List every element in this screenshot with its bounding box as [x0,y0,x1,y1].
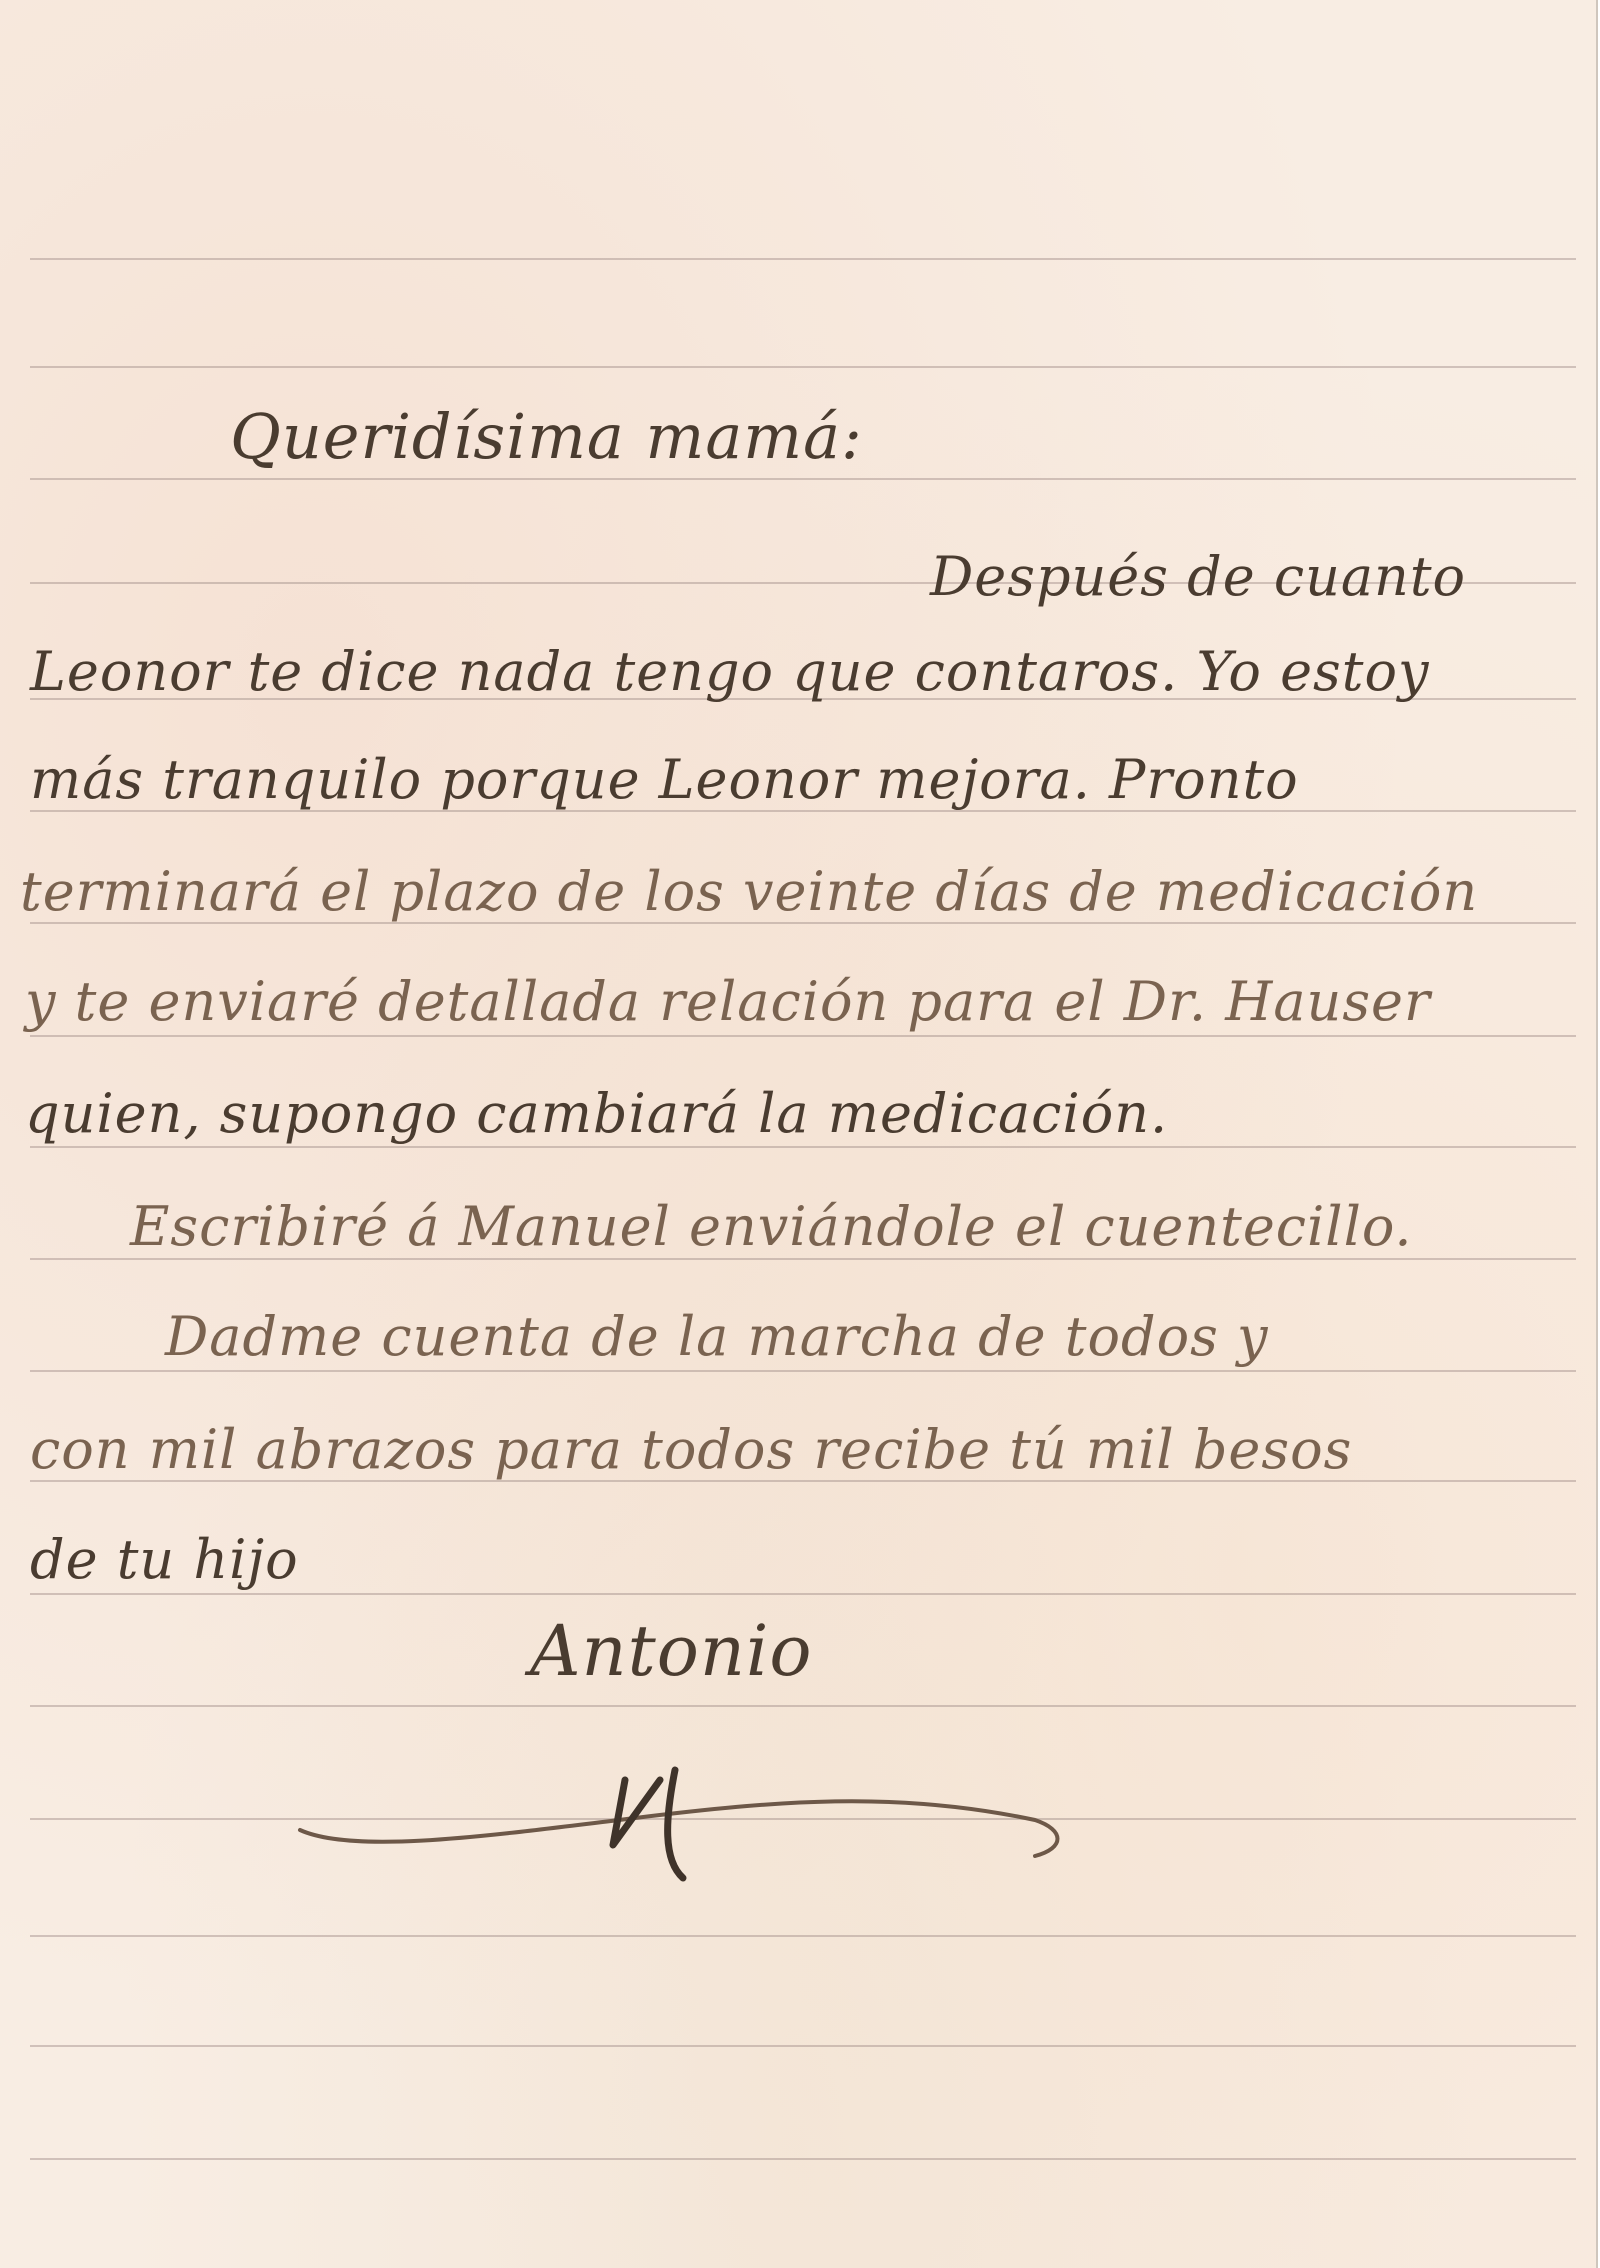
ruled-line [30,258,1576,260]
ruled-line [30,1935,1576,1937]
body-line: Escribiré á Manuel enviándole el cuentec… [130,1195,1413,1258]
body-line: Dadme cuenta de la marcha de todos y [165,1305,1268,1368]
body-line: Después de cuanto [930,545,1466,608]
ruled-line [30,1146,1576,1148]
signature-name: Antonio [530,1610,813,1692]
ruled-line [30,1705,1576,1707]
ruled-line [30,2158,1576,2160]
ruled-line [30,478,1576,480]
body-line: de tu hijo [30,1528,299,1591]
ruled-line [30,1593,1576,1595]
body-line: quien, supongo cambiará la medicación. [25,1082,1168,1145]
body-line: Leonor te dice nada tengo que contaros. … [30,640,1429,703]
body-line: y te enviaré detallada relación para el … [25,970,1431,1033]
signature-rubric-icon [295,1760,1075,1890]
letter-paper: Queridísima mamá: Después de cuanto Leon… [0,0,1598,2268]
body-line: con mil abrazos para todos recibe tú mil… [30,1418,1352,1481]
ruled-line [30,1035,1576,1037]
ruled-line [30,1258,1576,1260]
ruled-line [30,1370,1576,1372]
salutation: Queridísima mamá: [230,400,863,473]
ruled-line [30,366,1576,368]
body-line: terminará el plazo de los veinte días de… [20,860,1478,923]
ruled-line [30,2045,1576,2047]
body-line: más tranquilo porque Leonor mejora. Pron… [30,748,1299,811]
